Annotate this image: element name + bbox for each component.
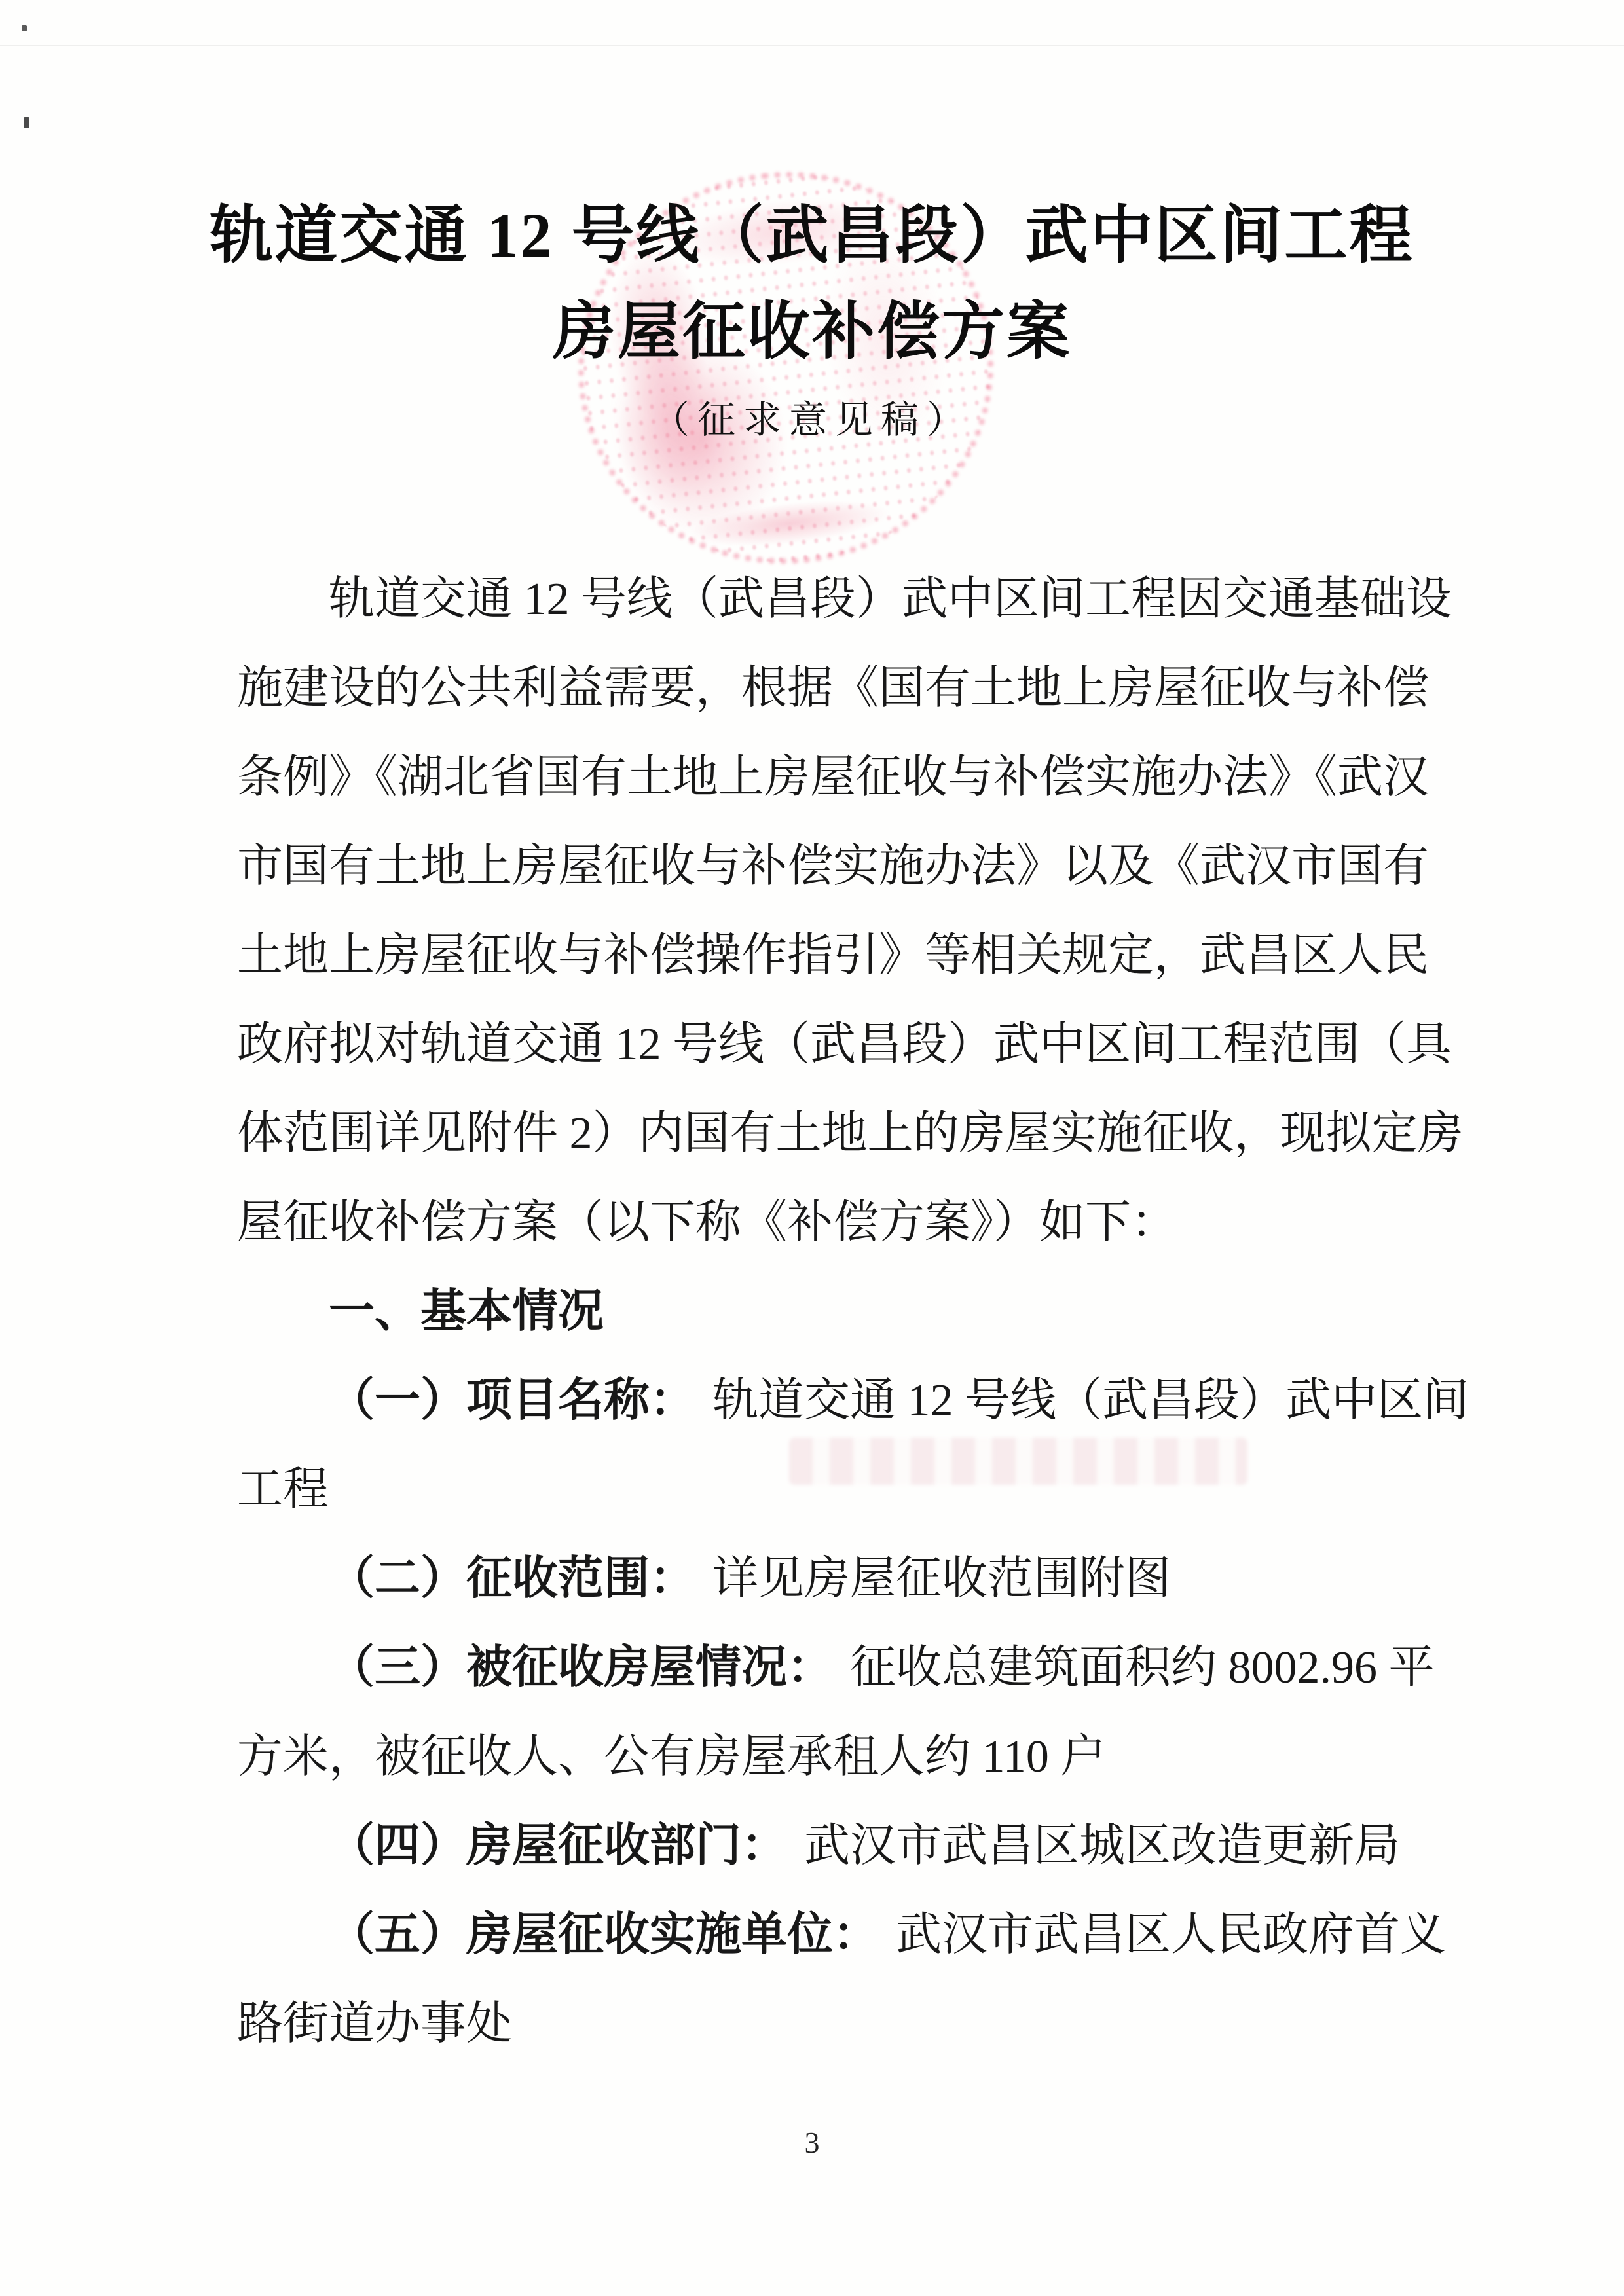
item-label: （三）被征收房屋情况： xyxy=(329,1643,833,1693)
page-number: 3 xyxy=(0,2125,1624,2160)
list-item: （五）房屋征收实施单位：武汉市武昌区人民政府首义 xyxy=(237,1891,1376,1980)
item-label: （五）房屋征收实施单位： xyxy=(329,1910,879,1960)
item-text: 轨道交通 12 号线（武昌段）武中区间 xyxy=(712,1376,1469,1426)
item-continuation-line: 路街道办事处 xyxy=(237,1980,1376,2069)
list-item: （四）房屋征收部门：武汉市武昌区城区改造更新局 xyxy=(237,1802,1376,1891)
scan-artifact-line xyxy=(0,45,1624,46)
intro-line: 市国有土地上房屋征收与补偿实施办法》以及《武汉市国有 xyxy=(237,822,1376,911)
item-label: （二）征收范围： xyxy=(329,1554,695,1604)
intro-line: 施建设的公共利益需要，根据《国有土地上房屋征收与补偿 xyxy=(237,644,1376,733)
intro-line: 体范围详见附件 2）内国有土地上的房屋实施征收，现拟定房 xyxy=(237,1089,1376,1178)
intro-line: 政府拟对轨道交通 12 号线（武昌段）武中区间工程范围（具 xyxy=(237,1000,1376,1089)
intro-line: 屋征收补偿方案（以下称《补偿方案》）如下： xyxy=(237,1178,1376,1267)
item-text: 详见房屋征收范围附图 xyxy=(712,1554,1171,1604)
intro-line: 土地上房屋征收与补偿操作指引》等相关规定，武昌区人民 xyxy=(237,911,1376,1000)
scan-speck xyxy=(24,117,29,128)
intro-line: 条例》《湖北省国有土地上房屋征收与补偿实施办法》《武汉 xyxy=(237,733,1376,822)
item-text: 征收总建筑面积约 8002.96 平 xyxy=(850,1643,1435,1693)
item-continuation-line: 工程 xyxy=(237,1446,1376,1535)
intro-line: 轨道交通 12 号线（武昌段）武中区间工程因交通基础设 xyxy=(237,555,1376,644)
document-page: 轨道交通 12 号线（武昌段）武中区间工程 房屋征收补偿方案 （征求意见稿） 轨… xyxy=(0,0,1624,2296)
list-item: （一）项目名称：轨道交通 12 号线（武昌段）武中区间 xyxy=(237,1357,1376,1446)
document-title-line2: 房屋征收补偿方案 xyxy=(0,283,1624,380)
scan-speck xyxy=(22,25,27,31)
item-text: 武汉市武昌区城区改造更新局 xyxy=(804,1821,1400,1871)
item-continuation-line: 方米，被征收人、公有房屋承租人约 110 户 xyxy=(237,1713,1376,1802)
document-body: 轨道交通 12 号线（武昌段）武中区间工程因交通基础设 施建设的公共利益需要，根… xyxy=(237,555,1376,2069)
document-title-line1: 轨道交通 12 号线（武昌段）武中区间工程 xyxy=(0,187,1624,283)
document-subtitle: （征求意见稿） xyxy=(0,389,1624,444)
section-heading-basic-info: 一、基本情况 xyxy=(237,1267,1376,1357)
item-text: 武汉市武昌区人民政府首义 xyxy=(896,1910,1446,1960)
list-item: （三）被征收房屋情况：征收总建筑面积约 8002.96 平 xyxy=(237,1624,1376,1713)
list-item: （二）征收范围：详见房屋征收范围附图 xyxy=(237,1535,1376,1624)
item-label: （四）房屋征收部门： xyxy=(329,1821,787,1871)
item-label: （一）项目名称： xyxy=(329,1376,695,1426)
document-title: 轨道交通 12 号线（武昌段）武中区间工程 房屋征收补偿方案 xyxy=(0,187,1624,380)
